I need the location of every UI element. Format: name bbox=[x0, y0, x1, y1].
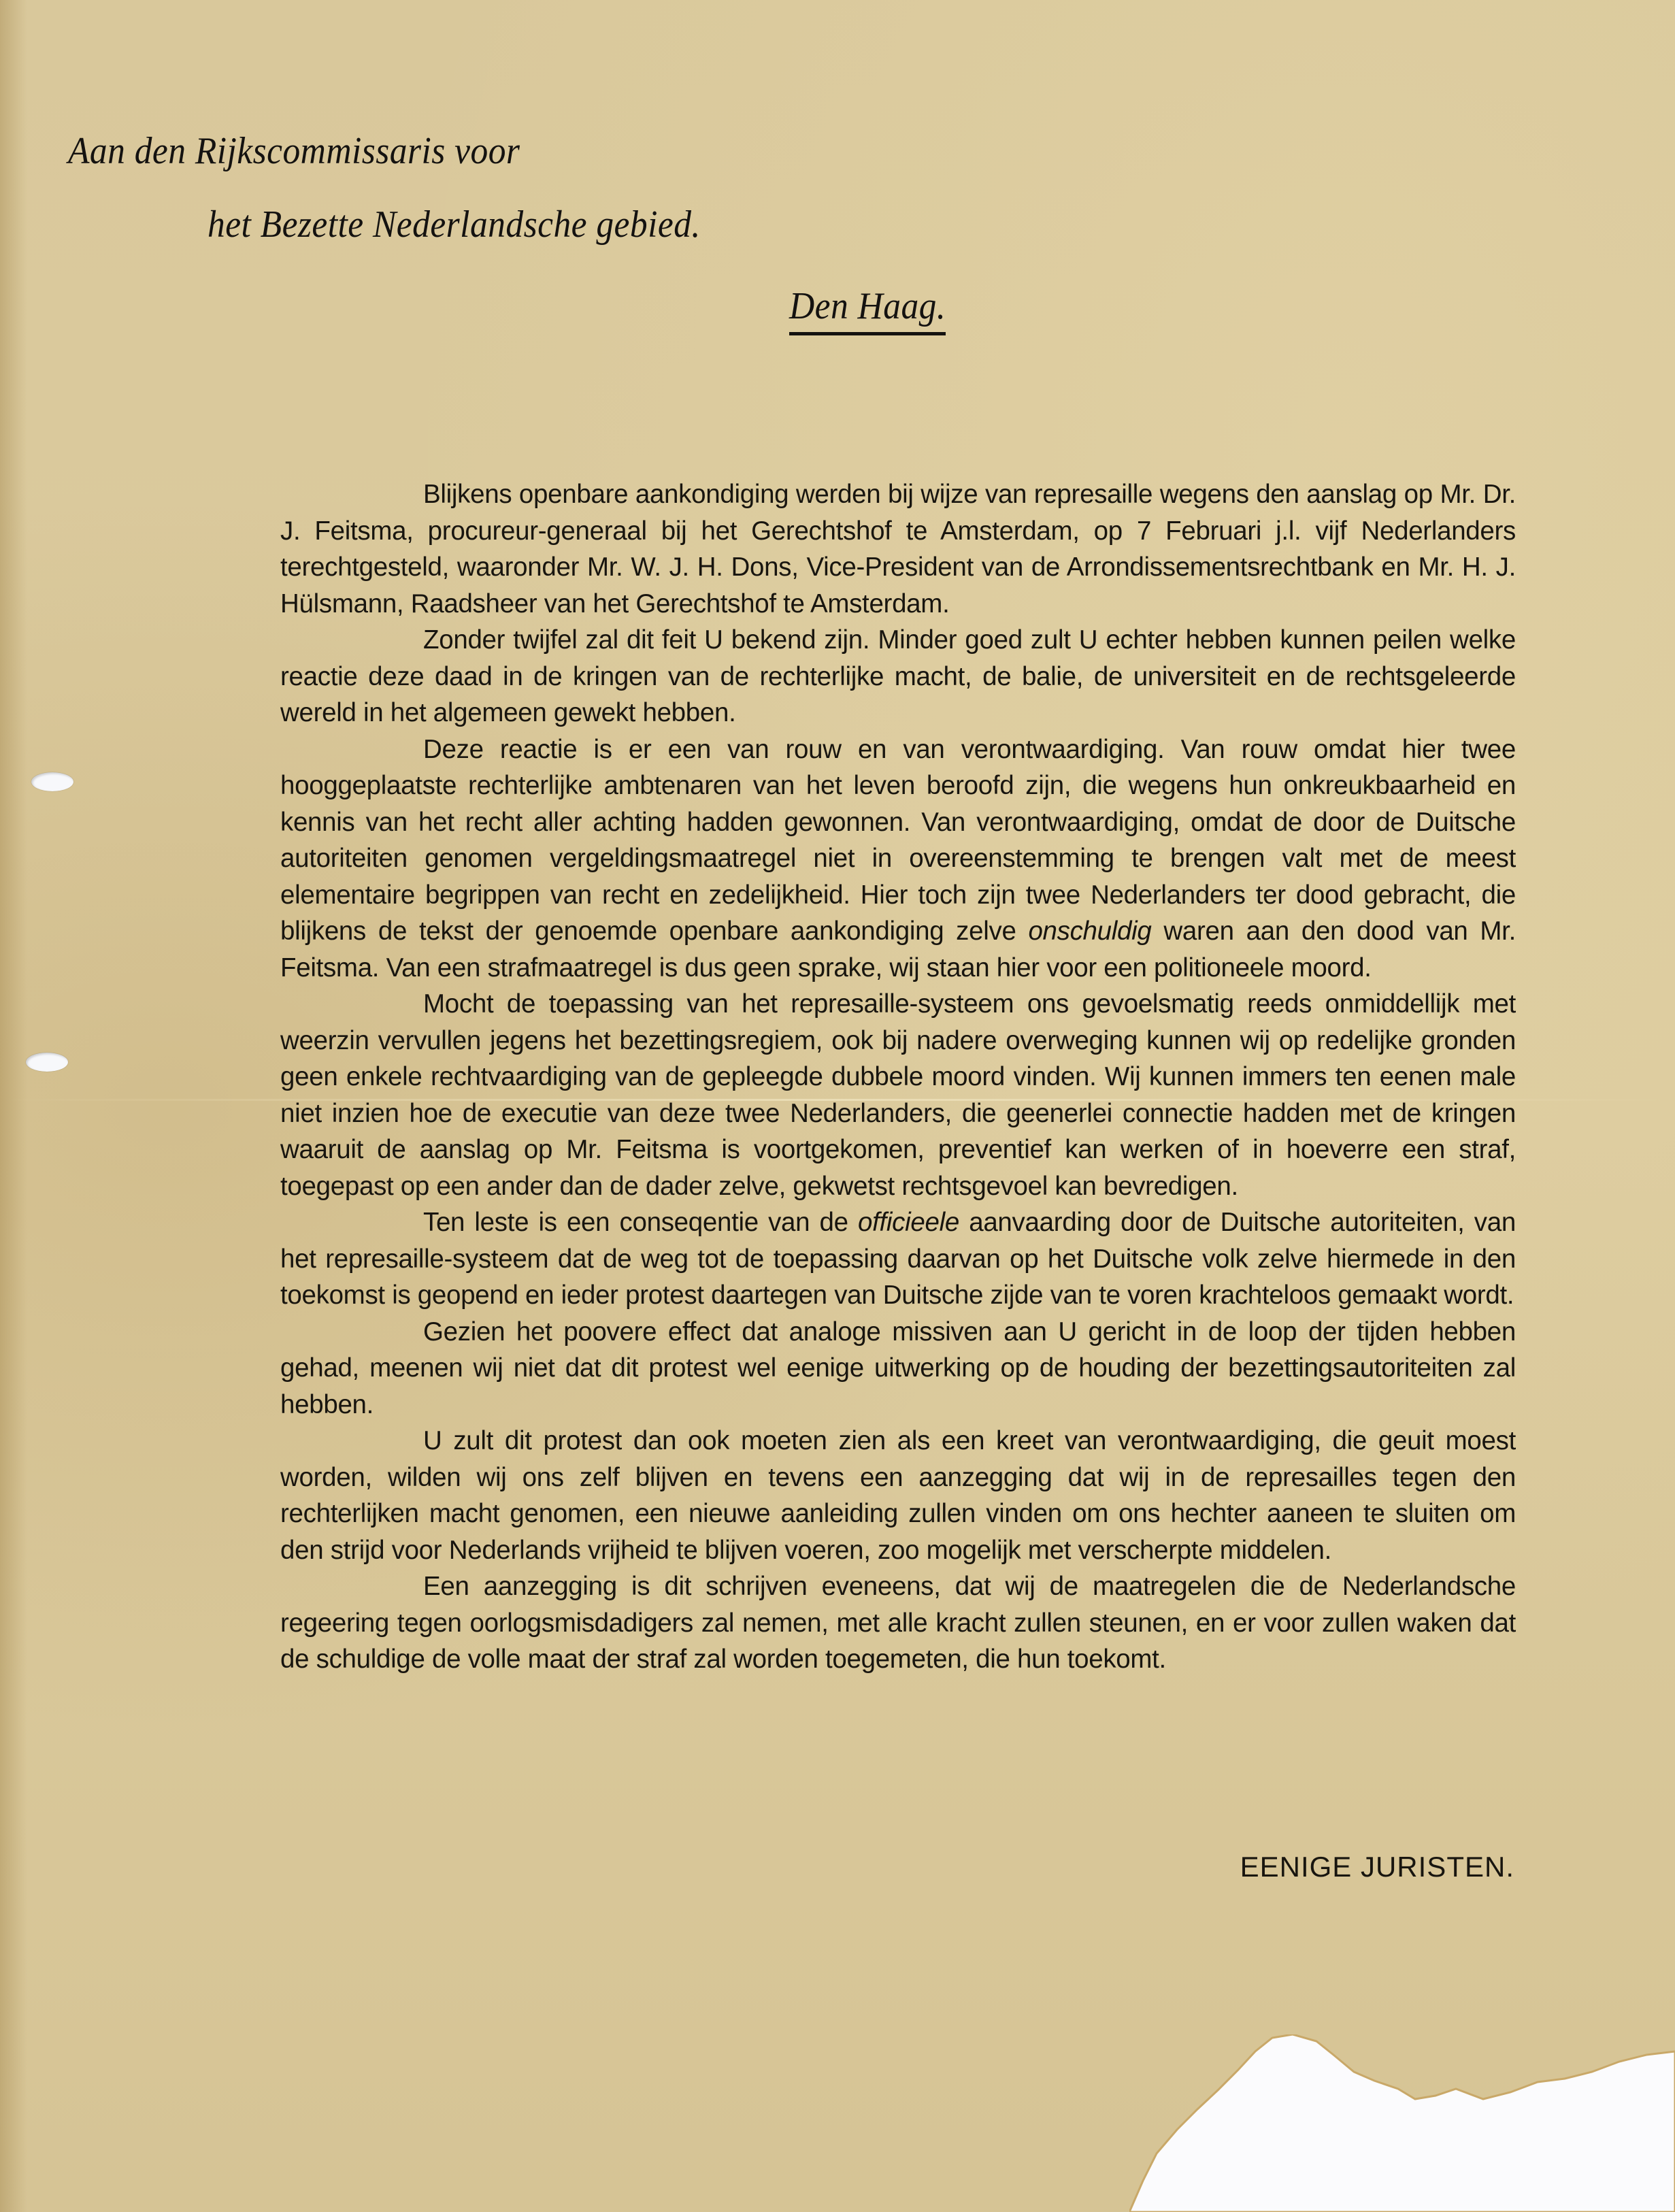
paragraph: Zonder twijfel zal dit feit U bekend zij… bbox=[280, 622, 1516, 731]
paragraph-text: Een aanzegging is dit schrijven eveneens… bbox=[280, 1572, 1516, 1674]
paragraph-text: Ten leste is een conseqentie van de bbox=[423, 1208, 858, 1237]
paragraph: Deze reactie is er een van rouw en van v… bbox=[280, 731, 1516, 987]
paper-left-edge-shadow bbox=[0, 0, 27, 2212]
signature: EENIGE JURISTEN. bbox=[1240, 1851, 1514, 1883]
paragraph: U zult dit protest dan ook moeten zien a… bbox=[280, 1423, 1516, 1568]
paragraph: Blijkens openbare aankondiging werden bi… bbox=[280, 476, 1516, 622]
paragraph: Ten leste is een conseqentie van de offi… bbox=[280, 1204, 1516, 1314]
address-line-territory: het Bezette Nederlandsche gebied. bbox=[208, 203, 701, 246]
punch-hole-bottom bbox=[26, 1053, 68, 1072]
paragraph-text: Deze reactie is er een van rouw en van v… bbox=[280, 735, 1516, 946]
paragraph: Een aanzegging is dit schrijven eveneens… bbox=[280, 1568, 1516, 1678]
fold-crease bbox=[0, 1099, 1675, 1101]
paragraph-text: Zonder twijfel zal dit feit U bekend zij… bbox=[280, 625, 1516, 727]
emphasized-text: onschuldig bbox=[1028, 917, 1151, 946]
paragraph-text: Mocht de toepassing van het represaille-… bbox=[280, 989, 1516, 1201]
paragraph-text: Gezien het poovere effect dat analoge mi… bbox=[280, 1317, 1516, 1419]
punch-hole-top bbox=[31, 772, 73, 791]
address-line-city: Den Haag. bbox=[789, 284, 946, 335]
paragraph: Gezien het poovere effect dat analoge mi… bbox=[280, 1314, 1516, 1423]
letter-body: Blijkens openbare aankondiging werden bi… bbox=[280, 476, 1516, 1678]
emphasized-text: officieele bbox=[858, 1208, 959, 1237]
address-line-recipient: Aan den Rijkscommissaris voor bbox=[68, 129, 520, 173]
paragraph: Mocht de toepassing van het represaille-… bbox=[280, 986, 1516, 1204]
paragraph-text: Blijkens openbare aankondiging werden bi… bbox=[280, 480, 1516, 618]
paragraph-text: U zult dit protest dan ook moeten zien a… bbox=[280, 1426, 1516, 1565]
torn-corner bbox=[1129, 2034, 1675, 2212]
paper-page: Aan den Rijkscommissaris voor het Bezett… bbox=[0, 0, 1675, 2212]
